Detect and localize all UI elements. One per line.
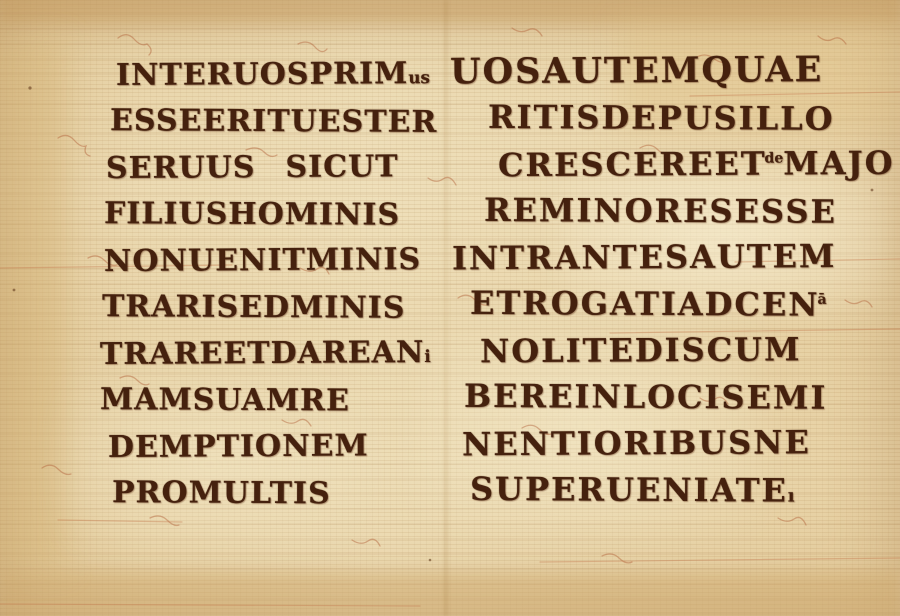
text-line: TRAREETDAREANi bbox=[100, 330, 438, 379]
text-line: SERUUSSICUT bbox=[106, 144, 438, 193]
text-column-right: UOSAUTEMQUAERITISDEPUSILLOCRESCEREETdeMA… bbox=[448, 48, 895, 513]
text-line: NENTIORIBUSNE bbox=[462, 419, 895, 468]
text-line: SUPERUENIATEı bbox=[470, 465, 895, 514]
manuscript-text: ESSEERITUESTER bbox=[110, 103, 438, 140]
manuscript-text: REMINORESESSE bbox=[484, 190, 837, 230]
manuscript-text: SICUT bbox=[285, 149, 398, 185]
manuscript-text: NONUENITMINIS bbox=[104, 242, 421, 279]
manuscript-text: BEREINLOCISEMI bbox=[464, 376, 828, 416]
papyrus-patch bbox=[0, 0, 900, 24]
manuscript-text: MAJO bbox=[783, 144, 894, 183]
manuscript-text: SERUUS bbox=[106, 150, 256, 186]
text-line: CRESCEREETdeMAJO bbox=[498, 140, 895, 189]
text-line: INTRANTESAUTEM bbox=[452, 233, 895, 282]
manuscript-text: RITISDEPUSILLO bbox=[488, 97, 835, 137]
text-line: RITISDEPUSILLO bbox=[488, 93, 895, 142]
text-line: PROMULTIS bbox=[112, 470, 438, 518]
manuscript-text: UOSAUTEMQUAE bbox=[450, 49, 823, 92]
manuscript-text: ı bbox=[788, 485, 795, 506]
papyrus-patch bbox=[0, 40, 66, 570]
manuscript-text: PROMULTIS bbox=[112, 475, 331, 511]
manuscript-text: INTRANTESAUTEM bbox=[452, 237, 837, 277]
superscript-correction: ā bbox=[817, 291, 826, 307]
manuscript-text: us bbox=[408, 67, 430, 87]
text-line: INTERUOSPRIMus bbox=[116, 51, 438, 99]
text-line: FILIUSHOMINIS bbox=[104, 191, 438, 239]
text-line: MAMSUAMRE bbox=[100, 377, 438, 425]
manuscript-text: SUPERUENIATE bbox=[470, 469, 788, 509]
text-line: ETROGATIADCENā bbox=[470, 279, 895, 328]
text-line: UOSAUTEMQUAE bbox=[450, 47, 895, 96]
manuscript-text: TRAREETDAREAN bbox=[100, 335, 425, 372]
papyrus-manuscript-photo: INTERUOSPRIMusESSEERITUESTERSERUUSSICUTF… bbox=[0, 0, 900, 616]
superscript-correction: de bbox=[764, 151, 783, 167]
manuscript-text: NENTIORIBUSNE bbox=[462, 423, 811, 463]
manuscript-text: ETROGATIADCEN bbox=[470, 283, 820, 323]
text-column-left: INTERUOSPRIMusESSEERITUESTERSERUUSSICUTF… bbox=[100, 52, 437, 517]
text-line: NONUENITMINIS bbox=[104, 237, 438, 286]
manuscript-text: NOLITEDISCUM bbox=[480, 330, 802, 370]
text-line: DEMPTIONEM bbox=[108, 423, 438, 472]
manuscript-text: FILIUSHOMINIS bbox=[104, 196, 400, 233]
text-line: NOLITEDISCUM bbox=[480, 326, 895, 375]
text-line: ESSEERITUESTER bbox=[110, 98, 438, 146]
text-line: TRARISEDMINIS bbox=[102, 284, 438, 332]
manuscript-text: MAMSUAMRE bbox=[100, 382, 350, 418]
manuscript-text: TRARISEDMINIS bbox=[102, 289, 406, 326]
manuscript-text: DEMPTIONEM bbox=[108, 428, 369, 465]
text-line: REMINORESESSE bbox=[484, 186, 895, 235]
manuscript-text: CRESCEREET bbox=[498, 145, 767, 185]
manuscript-text: INTERUOSPRIM bbox=[116, 56, 408, 93]
manuscript-text: i bbox=[424, 346, 430, 366]
papyrus-patch bbox=[0, 572, 900, 616]
text-line: BEREINLOCISEMI bbox=[464, 372, 895, 421]
